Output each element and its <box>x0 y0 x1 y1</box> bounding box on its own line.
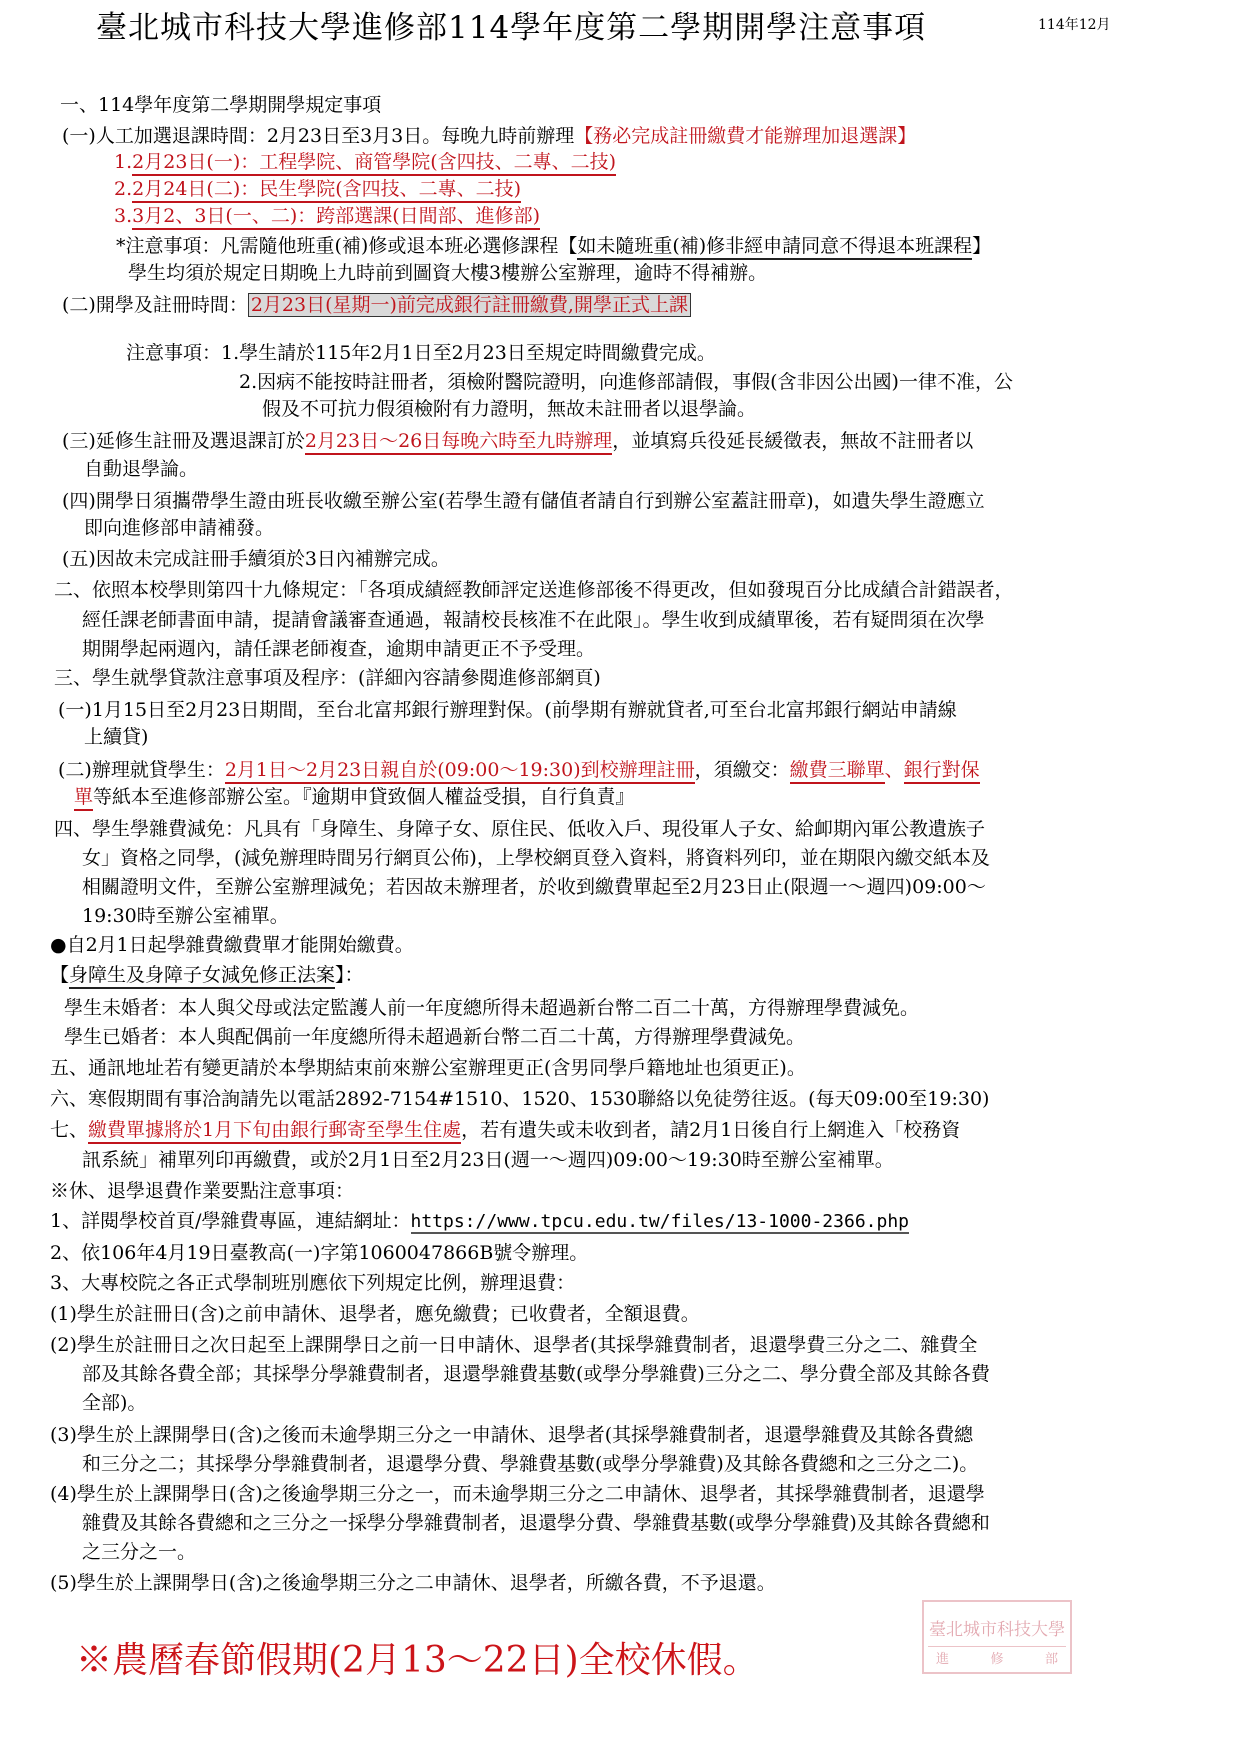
refund-rule-4-line-1: (4)學生於上課開學日(含)之後逾學期三分之一，而未逾學期三分之二申請休、退學者… <box>50 1481 985 1507</box>
section-1-item-1: (一)人工加選退課時間：2月23日至3月3日。每晚九時前辦理【務必完成註冊繳費才… <box>62 123 916 149</box>
section-4-line-3: 相關證明文件，至辦公室辦理減免；若因故未辦理者，於收到繳費單起至2月23日止(限… <box>82 874 986 900</box>
schedule-item: 1.2月23日(一)：工程學院、商管學院(含四技、二專、二技) <box>114 149 616 175</box>
section-7-line-1: 七、繳費單據將於1月下旬由銀行郵寄至學生住處，若有遺失或未收到者，請2月1日後自… <box>50 1117 960 1143</box>
add-drop-period-text: (一)人工加選退課時間：2月23日至3月3日。每晚九時前辦理 <box>62 125 574 147</box>
stamp-department: 進 修 部 <box>928 1648 1066 1668</box>
loan-item-2: (二)辦理就貸學生：2月1日～2月23日親自於(09:00～19:30)到校辦理… <box>58 757 980 783</box>
schedule-item: 2.2月24日(二)：民生學院(含四技、二專、二技) <box>114 176 521 202</box>
schedule-text: 2月24日(二)：民生學院(含四技、二專、二技) <box>132 178 521 203</box>
loan-registration-period: 2月1日～2月23日親自於(09:00～19:30)到校辦理註冊 <box>225 759 695 784</box>
schedule-text: 3月2、3日(一、二)：跨部選課(日間部、進修部) <box>132 205 540 230</box>
refund-rule-3-line-2: 和三分之二；其採學分學雜費制者，退還學分費、學雜費基數(或學分學雜費)及其餘各費… <box>82 1451 978 1477</box>
section-1-item-4-line-2: 即向進修部申請補發。 <box>84 515 274 541</box>
refund-rule-2-line-2: 部及其餘各費全部；其採學分學雜費制者，退還學雜費基數(或學分學雜費)三分之二、學… <box>82 1361 990 1387</box>
section-2-line-3: 期開學起兩週內，請任課老師複查，逾期申請更正不予受理。 <box>82 636 595 662</box>
stamp-school-name: 臺北城市科技大學 <box>928 1608 1066 1647</box>
refund-item-3: 3、大專校院之各正式學制班別應依下列規定比例，辦理退費： <box>50 1270 575 1296</box>
registration-note-1: 注意事項：1.學生請於115年2月1日至2月23日至規定時間繳費完成。 <box>126 340 716 366</box>
retake-note: *注意事項：凡需隨他班重(補)修或退本班必選修課程【如未隨班重(補)修非經申請同… <box>116 233 991 259</box>
section-1-item-3: (三)延修生註冊及選退課訂於2月23日～26日每晚六時至九時辦理，並填寫兵役延長… <box>62 428 973 454</box>
refund-rule-4-line-2: 雜費及其餘各費總和之三分之一採學分學雜費制者，退還學分費、學雜費基數(或學分學雜… <box>82 1510 990 1536</box>
refund-heading: ※休、退學退費作業要點注意事項： <box>50 1178 354 1204</box>
section-1-item-2: (二)開學及註冊時間：2月23日(星期一)前完成銀行註冊繳費,開學正式上課 <box>62 292 691 318</box>
section-1-heading: 一、114學年度第二學期開學規定事項 <box>60 92 381 118</box>
notice-page: 臺北城市科技大學進修部114學年度第二學期開學注意事項 114年12月 一、11… <box>0 0 1241 1755</box>
refund-rule-3-line-1: (3)學生於上課開學日(含)之後而未逾學期三分之一申請休、退學者(其採學雜費制者… <box>50 1422 973 1448</box>
registration-note-2-line-2: 假及不可抗力假須檢附有力證明，無故未註冊者以退學論。 <box>262 396 756 422</box>
page-title: 臺北城市科技大學進修部114學年度第二學期開學注意事項 <box>96 2 926 47</box>
section-1-item-3-line-2: 自動退學論。 <box>84 456 198 482</box>
bill-mailing-notice: 繳費單據將於1月下旬由銀行郵寄至學生住處 <box>88 1119 461 1144</box>
section-7-line-2: 訊系統」補單列印再繳費，或於2月1日至2月23日(週一～週四)09:00～19:… <box>82 1147 894 1173</box>
section-3-heading: 三、學生就學貸款注意事項及程序：(詳細內容請參閱進修部網頁) <box>54 665 601 691</box>
issue-date: 114年12月 <box>1038 14 1111 34</box>
section-2-line-1: 二、依照本校學則第四十九條規定：「各項成績經教師評定送進修部後不得更改，但如發現… <box>54 577 1014 603</box>
loan-item-1-line-2: 上續貸) <box>84 724 148 750</box>
section-1-item-5: (五)因故未完成註冊手續須於3日內補辦完成。 <box>62 546 450 572</box>
retake-note-emphasis: 如未隨班重(補)修非經申請同意不得退本班課程 <box>577 235 972 260</box>
section-6: 六、寒假期間有事洽詢請先以電話2892-7154#1510、1520、1530聯… <box>50 1086 989 1112</box>
refund-rule-2-line-3: 全部)。 <box>82 1390 146 1416</box>
section-4-line-2: 女」資格之同學，(減免辦理時間另行網頁公佈)，上學校網頁登入資料，將資料列印，並… <box>82 845 990 871</box>
section-4-line-1: 四、學生學雜費減免：凡具有「身障生、身障子女、原住民、低收入戶、現役軍人子女、給… <box>54 816 985 842</box>
section-4-line-4: 19:30時至辦公室補單。 <box>82 903 289 929</box>
loan-item-1-line-1: (一)1月15日至2月23日期間，至台北富邦銀行辦理對保。(前學期有辦就貸者,可… <box>58 697 957 723</box>
amendment-title: 身障生及身障子女減免修正法案 <box>69 964 335 989</box>
bank-guarantee-doc: 銀行對保 <box>904 759 980 784</box>
payment-slip-doc: 繳費三聯單 <box>790 759 885 784</box>
married-rule: 學生已婚者：本人與配偶前一年度總所得未超過新台幣二百二十萬，方得辦理學費減免。 <box>64 1024 805 1050</box>
section-2-line-2: 經任課老師書面申請，提請會議審查通過，報請校長核准不在此限」。學生收到成績單後，… <box>82 607 985 633</box>
fees-page-link[interactable]: https://www.tpcu.edu.tw/files/13-1000-23… <box>411 1211 910 1234</box>
registration-note-2-line-1: 2.因病不能按時註冊者，須檢附醫院證明，向進修部請假，事假(含非因公出國)一律不… <box>239 369 1013 395</box>
schedule-item: 3.3月2、3日(一、二)：跨部選課(日間部、進修部) <box>114 203 540 229</box>
section-1-item-4: (四)開學日須攜帶學生證由班長收繳至辦公室(若學生證有儲值者請自行到辦公室蓋註冊… <box>62 488 985 514</box>
refund-rule-5: (5)學生於上課開學日(含)之後逾學期三分之二申請休、退學者，所繳各費，不予退還… <box>50 1570 776 1596</box>
refund-rule-1: (1)學生於註冊日(含)之前申請休、退學者，應免繳費；已收費者，全額退費。 <box>50 1301 700 1327</box>
school-seal-stamp: 臺北城市科技大學 進 修 部 <box>922 1600 1072 1674</box>
schedule-text: 2月23日(一)：工程學院、商管學院(含四技、二專、二技) <box>132 151 616 176</box>
refund-item-1: 1、詳閱學校首頁/學雜費專區，連結網址：https://www.tpcu.edu… <box>50 1208 909 1235</box>
add-drop-warning: 【務必完成註冊繳費才能辦理加退選課】 <box>574 125 916 147</box>
retake-note-line-2: 學生均須於規定日期晚上九時前到圖資大樓3樓辦公室辦理，逾時不得補辦。 <box>128 260 767 286</box>
refund-item-2: 2、依106年4月19日臺教高(一)字第1060047866B號令辦理。 <box>50 1240 588 1266</box>
section-5: 五、通訊地址若有變更請於本學期結束前來辦公室辦理更正(含男同學戶籍地址也須更正)… <box>50 1055 806 1081</box>
registration-deadline-highlight: 2月23日(星期一)前完成銀行註冊繳費,開學正式上課 <box>248 293 691 317</box>
amendment-heading: 【身障生及身障子女減免修正法案】： <box>50 962 364 988</box>
lunar-new-year-holiday-notice: ※農曆春節假期(2月13～22日)全校休假。 <box>76 1632 759 1683</box>
unmarried-rule: 學生未婚者：本人與父母或法定監護人前一年度總所得未超過新台幣二百二十萬，方得辦理… <box>64 995 919 1021</box>
payment-start-bullet: ●自2月1日起學雜費繳費單才能開始繳費。 <box>50 932 414 958</box>
refund-rule-4-line-3: 之三分之一。 <box>82 1539 196 1565</box>
extended-student-period: 2月23日～26日每晚六時至九時辦理 <box>305 430 612 455</box>
loan-item-2-line-2: 單等紙本至進修部辦公室。『逾期申貸致個人權益受損，自行負責』 <box>74 784 635 810</box>
refund-rule-2-line-1: (2)學生於註冊日之次日起至上課開學日之前一日申請休、退學者(其採學雜費制者，退… <box>50 1332 977 1358</box>
